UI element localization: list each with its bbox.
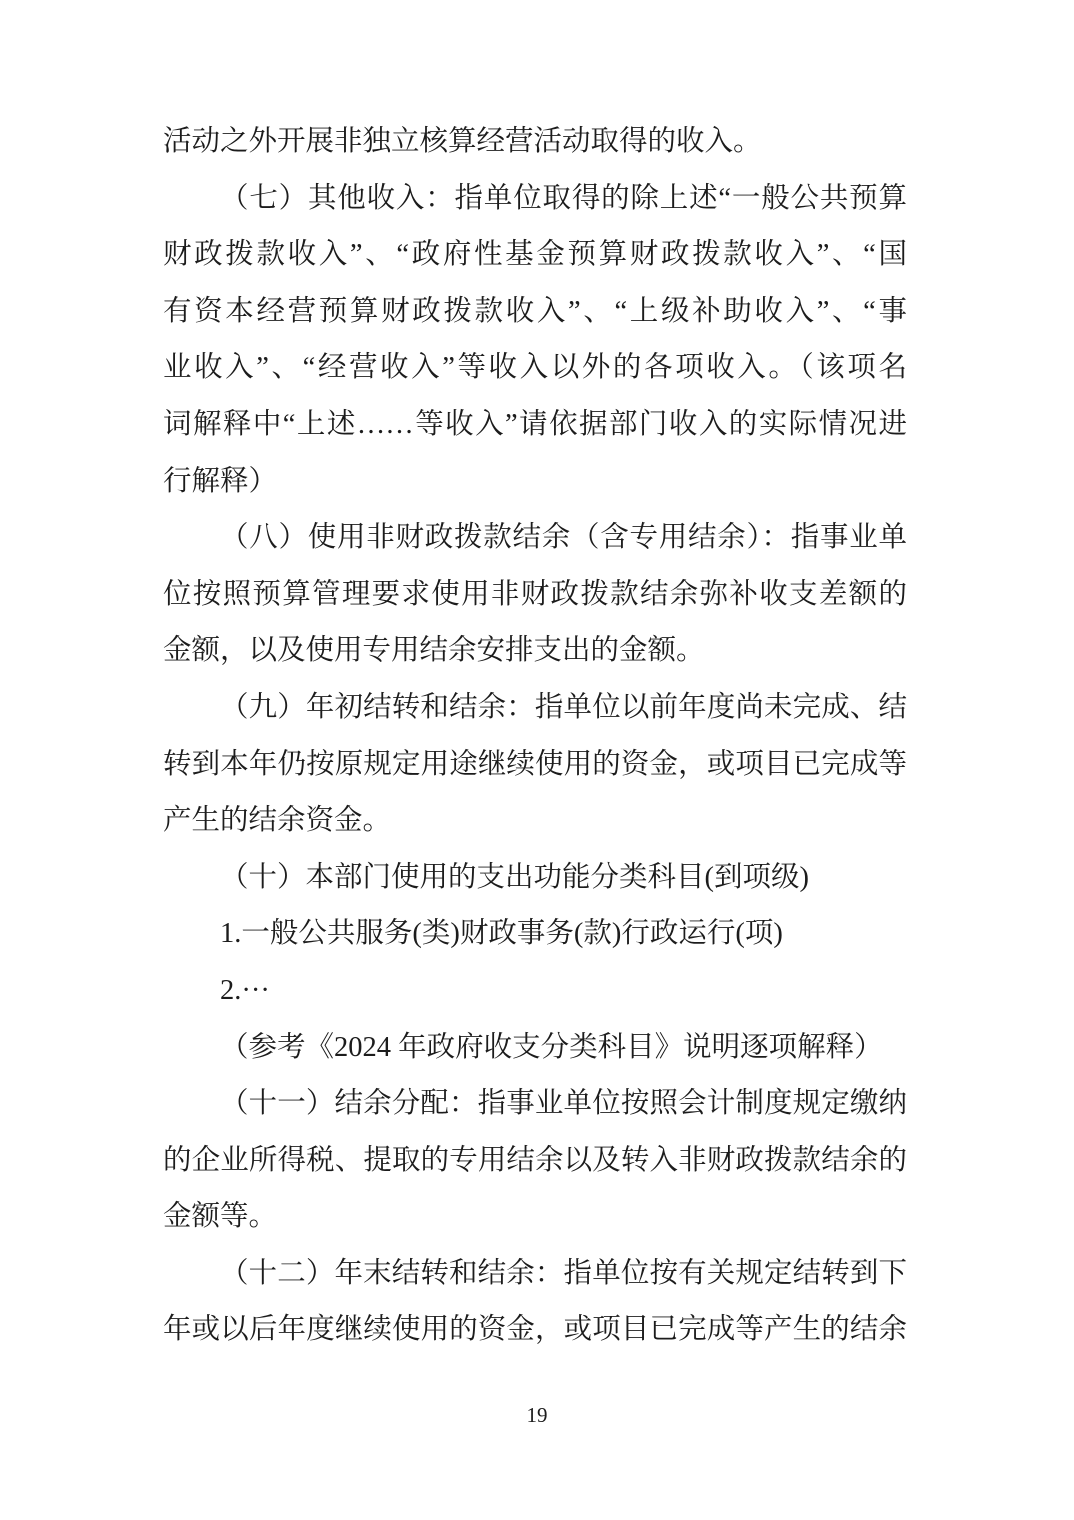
text-line: （七）其他收入：指单位取得的除上述“一般公共预算 xyxy=(163,171,907,228)
text-line: （九）年初结转和结余：指单位以前年度尚未完成、结 xyxy=(163,680,907,737)
text-line: 词解释中“上述……等收入”请依据部门收入的实际情况进 xyxy=(163,397,907,454)
text-line: 行解释） xyxy=(163,454,907,511)
text-line: 产生的结余资金。 xyxy=(163,793,907,850)
text-line: 位按照预算管理要求使用非财政拨款结余弥补收支差额的 xyxy=(163,567,907,624)
document-body: 活动之外开展非独立核算经营活动取得的收入。（七）其他收入：指单位取得的除上述“一… xyxy=(163,114,907,1359)
text-line: （八）使用非财政拨款结余（含专用结余）：指事业单 xyxy=(163,510,907,567)
text-line: 年或以后年度继续使用的资金，或项目已完成等产生的结余 xyxy=(163,1302,907,1359)
text-line: （十）本部门使用的支出功能分类科目(到项级) xyxy=(163,850,907,907)
text-line: 2.··· xyxy=(163,963,907,1020)
text-line: 业收入”、“经营收入”等收入以外的各项收入。（该项名 xyxy=(163,340,907,397)
text-line: 金额等。 xyxy=(163,1189,907,1246)
text-line: 1.一般公共服务(类)财政事务(款)行政运行(项) xyxy=(163,906,907,963)
text-line: 财政拨款收入”、“政府性基金预算财政拨款收入”、“国 xyxy=(163,227,907,284)
text-line: （十二）年末结转和结余：指单位按有关规定结转到下 xyxy=(163,1246,907,1303)
text-line: 活动之外开展非独立核算经营活动取得的收入。 xyxy=(163,114,907,171)
document-page: 活动之外开展非独立核算经营活动取得的收入。（七）其他收入：指单位取得的除上述“一… xyxy=(0,0,1074,1520)
text-line: 转到本年仍按原规定用途继续使用的资金，或项目已完成等 xyxy=(163,737,907,794)
text-line: 金额，以及使用专用结余安排支出的金额。 xyxy=(163,623,907,680)
text-line: （十一）结余分配：指事业单位按照会计制度规定缴纳 xyxy=(163,1076,907,1133)
text-line: 有资本经营预算财政拨款收入”、“上级补助收入”、“事 xyxy=(163,284,907,341)
page-number: 19 xyxy=(0,1402,1074,1428)
text-line: 的企业所得税、提取的专用结余以及转入非财政拨款结余的 xyxy=(163,1133,907,1190)
text-line: （参考《2024 年政府收支分类科目》说明逐项解释） xyxy=(163,1020,907,1077)
